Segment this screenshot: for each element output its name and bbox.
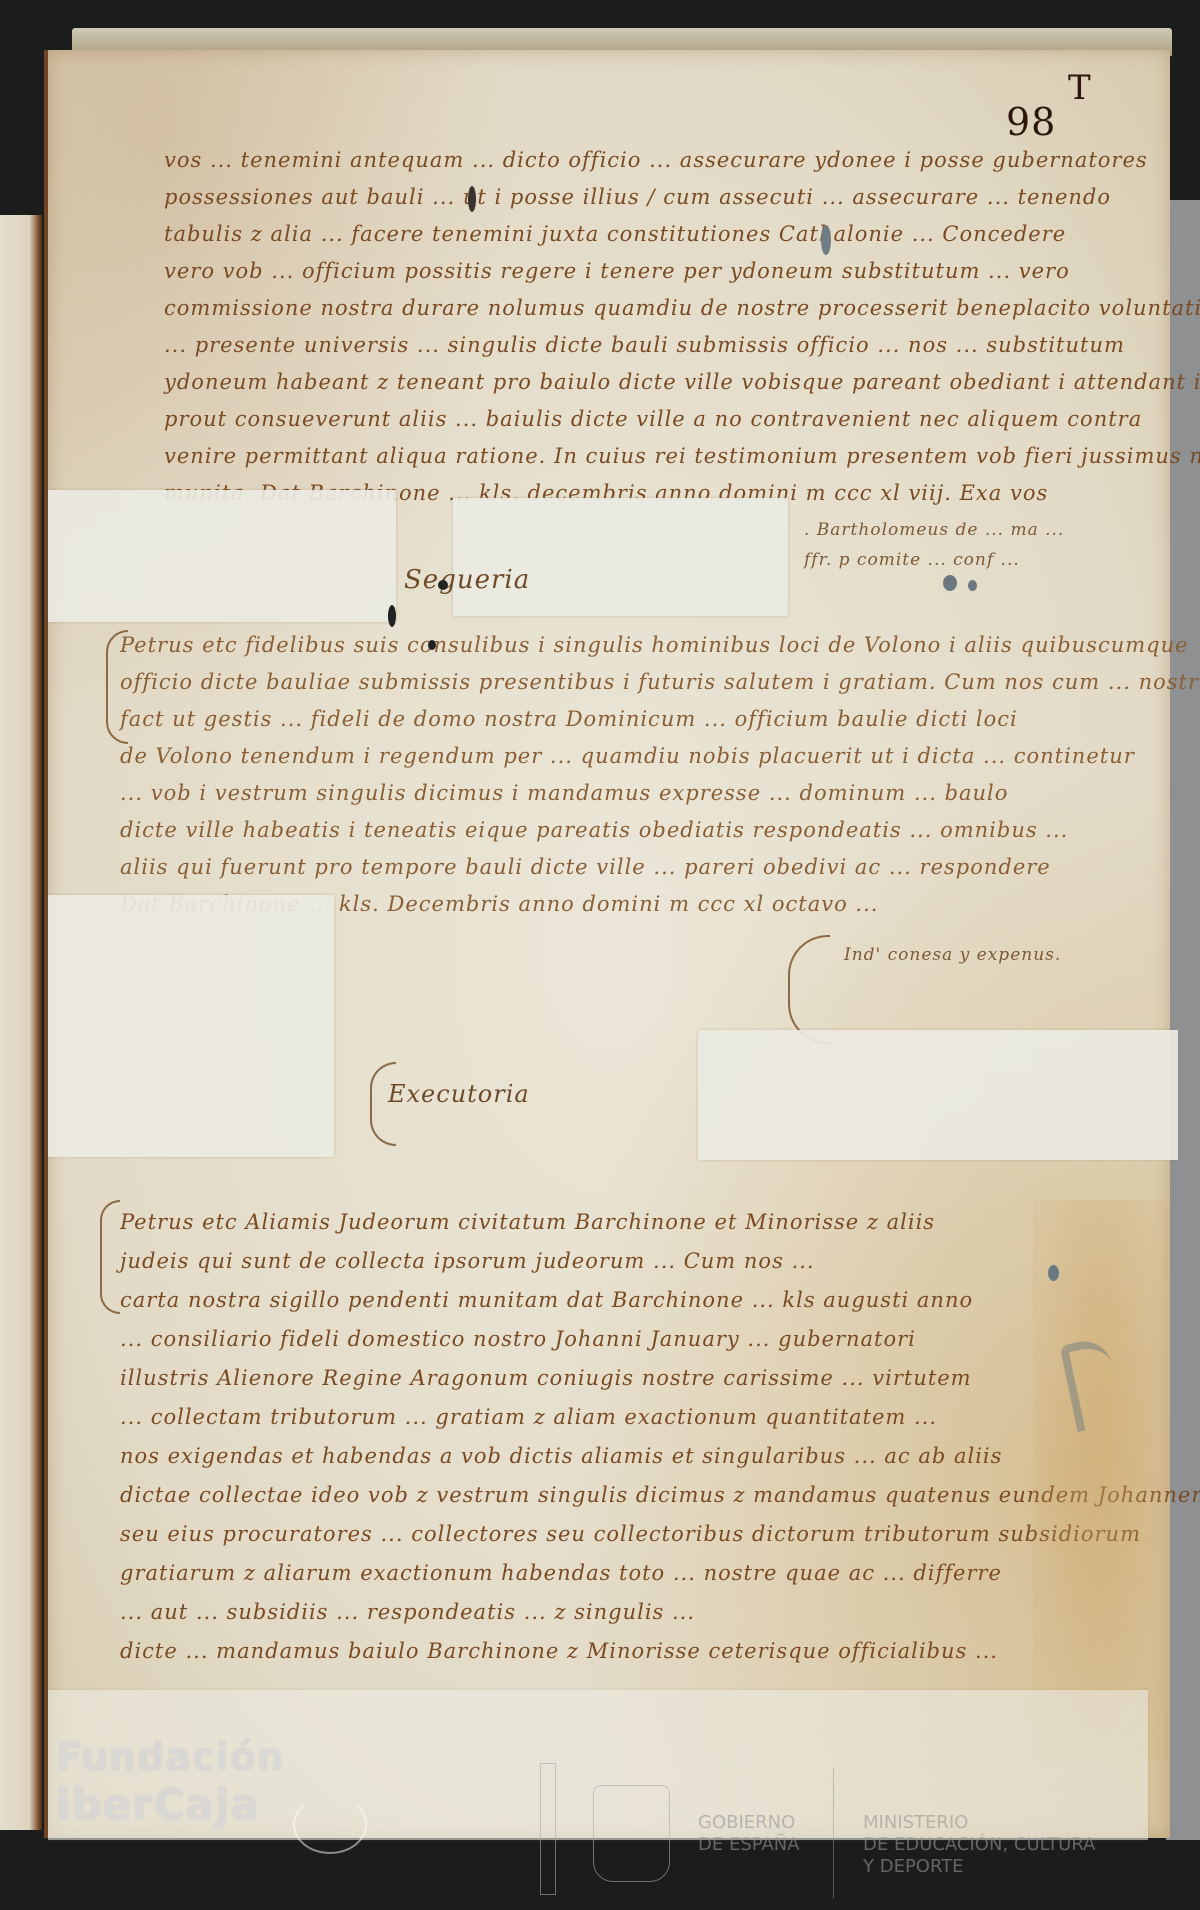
text-line: Petrus etc Aliamis Judeorum civitatum Ba… [120, 1212, 935, 1233]
watermark-ibercaja: iberCaja [56, 1780, 260, 1829]
manuscript-page: 98 T vos ... tenemini antequam ... dicto… [44, 50, 1170, 1838]
paper-repair-patch [48, 895, 334, 1157]
section-heading-executoria: Executoria [388, 1080, 530, 1108]
ink-blot [438, 580, 448, 590]
spain-coat-of-arms-icon [593, 1785, 670, 1882]
text-line: Petrus etc fidelibus suis consulibus i s… [120, 635, 1189, 656]
water-stain [1033, 1200, 1168, 1760]
ink-blot [428, 640, 436, 650]
text-line: dicte ... mandamus baiulo Barchinone z M… [120, 1641, 998, 1662]
paper-repair-patch [48, 490, 396, 622]
text-line: ... presente universis ... singulis dict… [164, 335, 1125, 356]
section-heading-segueria: Segueria [404, 565, 530, 595]
folio-mark: T [1068, 68, 1092, 108]
paragraph-bracket [100, 1200, 120, 1314]
text-line: nos exigendas et habendas a vob dictis a… [120, 1446, 1002, 1467]
text-line: venire permittant aliqua ratione. In cui… [164, 446, 1200, 467]
annotation-note: Ind' conesa y expenus. [844, 945, 1061, 965]
folio-number: 98 [1006, 100, 1056, 144]
text-line: commissione nostra durare nolumus quamdi… [164, 298, 1200, 319]
eu-flag-icon [540, 1763, 556, 1895]
ink-blot [388, 605, 396, 627]
paper-repair-patch [453, 498, 788, 616]
ink-blot [821, 225, 831, 255]
watermark-ministerio-line1: MINISTERIO [863, 1813, 968, 1833]
text-line: de Volono tenendum i regendum per ... qu… [120, 746, 1135, 767]
text-line: ... collectam tributorum ... gratiam z a… [120, 1407, 937, 1428]
adjacent-page-edge [0, 215, 42, 1830]
ink-blot [1048, 1265, 1059, 1281]
watermark-gobierno-line2: DE ESPAÑA [698, 1835, 800, 1855]
watermark-ministerio-line2: DE EDUCACIÓN, CULTURA [863, 1835, 1095, 1855]
text-line: judeis qui sunt de collecta ipsorum jude… [120, 1251, 815, 1272]
ink-blot [468, 186, 476, 212]
ink-blot [943, 575, 957, 591]
paper-repair-patch [698, 1030, 1178, 1160]
text-line: possessiones aut bauli ... ut i posse il… [164, 187, 1111, 208]
note-bracket [788, 935, 830, 1044]
watermark-gobierno-line1: GOBIERNO [698, 1813, 795, 1833]
text-line: ... aut ... subsidiis ... respondeatis .… [120, 1602, 695, 1623]
watermark-fundacion: Fundación [56, 1735, 285, 1779]
ink-blot [968, 580, 977, 591]
text-line: vos ... tenemini antequam ... dicto offi… [164, 150, 1148, 171]
text-line: officio dicte bauliae submissis presenti… [120, 672, 1200, 693]
text-line: prout consueverunt aliis ... baiulis dic… [164, 409, 1142, 430]
text-line: vero vob ... officium possitis regere i … [164, 261, 1070, 282]
text-line: tabulis z alia ... facere tenemini juxta… [164, 224, 1066, 245]
side-note-line: . Bartholomeus de ... ma ... [804, 520, 1064, 540]
ibercaja-logo-icon [293, 1795, 367, 1854]
text-line: ... vob i vestrum singulis dicimus i man… [120, 783, 1008, 804]
text-line: dicte ville habeatis i teneatis eique pa… [120, 820, 1068, 841]
text-line: ... consiliario fideli domestico nostro … [120, 1329, 916, 1350]
text-line: aliis qui fuerunt pro tempore bauli dict… [120, 857, 1051, 878]
text-line: gratiarum z aliarum exactionum habendas … [120, 1563, 1002, 1584]
text-line: seu eius procuratores ... collectores se… [120, 1524, 1141, 1545]
text-line: fact ut gestis ... fideli de domo nostra… [120, 709, 1018, 730]
watermark-ministerio-line3: Y DEPORTE [863, 1857, 964, 1877]
text-line: ydoneum habeant z teneant pro baiulo dic… [164, 372, 1200, 393]
text-line: carta nostra sigillo pendenti munitam da… [120, 1290, 973, 1311]
text-line: illustris Alienore Regine Aragonum coniu… [120, 1368, 972, 1389]
watermark-divider [833, 1768, 834, 1898]
side-note-line: ffr. p comite ... conf ... [804, 550, 1020, 570]
